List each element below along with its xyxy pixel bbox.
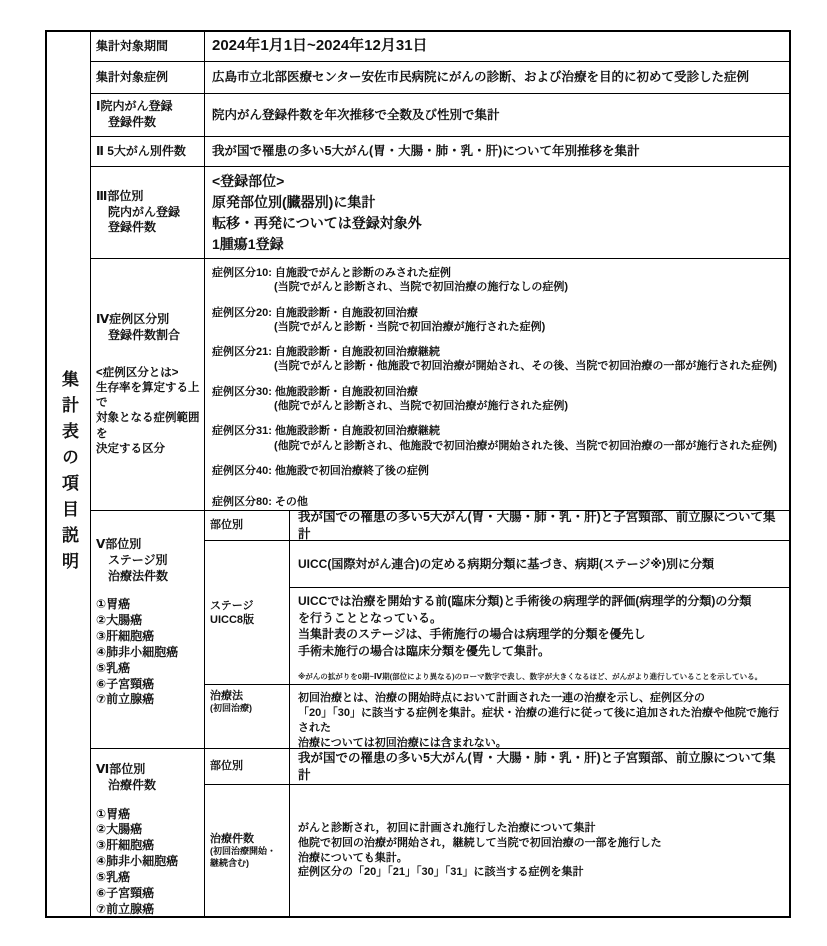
subrow-site: 部位別 我が国での罹患の多い5大がん(胃・大腸・肺・乳・肝)と子宮頸部、前立腺に… — [205, 511, 789, 541]
subrow-stage-label: ステージ UICC8版 — [205, 541, 290, 684]
row-value-site-registry: <登録部位> 原発部位別(臓器別)に集計 転移・再発については登録対象外 1腫瘍… — [205, 167, 789, 258]
case-class-title: 自施設診断・自施設初回治療 — [275, 307, 418, 319]
case-class-detail: (当院でがんと診断・他施設で初回治療が開始され、その後、当院で初回治療の一部が施… — [212, 359, 785, 373]
row-case-classification: Ⅳ症例区分別 登録件数割合 <症例区分とは> 生存率を算定する上で 対象となる症… — [91, 259, 789, 511]
case-class-title: 自施設診断・自施設初回治療継続 — [275, 346, 440, 358]
row-target-cases: 集計対象症例 広島市立北部医療センター安佐市民病院にがんの診断、および治療を目的… — [91, 62, 789, 94]
table-side-title: 集計表の項目説明 — [56, 370, 81, 578]
subrow-site-2-label: 部位別 — [205, 749, 290, 784]
case-class-label: 症例区分80: — [212, 496, 272, 508]
row-value-aggregation-period: 2024年1月1日~2024年12月31日 — [205, 32, 789, 61]
case-class-label: 症例区分30: — [212, 386, 272, 398]
row-header-case-classification: Ⅳ症例区分別 登録件数割合 <症例区分とは> 生存率を算定する上で 対象となる症… — [91, 259, 205, 510]
row-header-aggregation-period: 集計対象期間 — [91, 32, 205, 61]
case-class-item-21: 症例区分21:自施設診断・自施設初回治療継続 (当院でがんと診断・他施設で初回治… — [212, 345, 785, 374]
row-header-five-cancers: Ⅱ 5大がん別件数 — [91, 137, 205, 166]
case-class-item-40: 症例区分40:他施設で初回治療終了後の症例 — [212, 464, 785, 478]
case-class-item-10: 症例区分10:自施設でがんと診断のみされた症例 (当院でがんと診断され、当院で初… — [212, 266, 785, 295]
case-class-label: 症例区分40: — [212, 465, 272, 477]
row-value-registry-count: 院内がん登録件数を年次推移で全数及び性別で集計 — [205, 94, 789, 136]
row-value-target-cases: 広島市立北部医療センター安佐市民病院にがんの診断、および治療を目的に初めて受診し… — [205, 62, 789, 93]
subrow-treatment-cases: 治療件数 (初回治療開始・ 継続含む) がんと診断され，初回に計画され施行した治… — [205, 785, 789, 916]
case-class-label: 症例区分31: — [212, 425, 272, 437]
row-registry-count: Ⅰ院内がん登録 登録件数 院内がん登録件数を年次推移で全数及び性別で集計 — [91, 94, 789, 137]
row-site-registry: Ⅲ部位別 院内がん登録 登録件数 <登録部位> 原発部位別(臓器別)に集計 転移… — [91, 167, 789, 259]
subrow-treatment-method-sublabel: (初回治療) — [210, 703, 287, 715]
case-class-item-30: 症例区分30:他施設診断・自施設初回治療 (他院でがんと診断され、当院で初回治療… — [212, 385, 785, 414]
row-header-treatment-count: Ⅵ部位別 治療件数 ①胃癌 ②大腸癌 ③肝細胞癌 ④肺非小細胞癌 ⑤乳癌 ⑥子宮… — [91, 749, 205, 916]
row-stage-treatment: Ⅴ部位別 ステージ別 治療法件数 ①胃癌 ②大腸癌 ③肝細胞癌 ④肺非小細胞癌 … — [91, 511, 789, 749]
case-classification-header: Ⅳ症例区分別 登録件数割合 — [96, 312, 202, 344]
subrow-treatment-method-label: 治療法 (初回治療) — [205, 685, 290, 748]
case-class-detail: (他院でがんと診断され、当院で初回治療が施行された症例) — [212, 399, 785, 413]
row-treatment-count: Ⅵ部位別 治療件数 ①胃癌 ②大腸癌 ③肝細胞癌 ④肺非小細胞癌 ⑤乳癌 ⑥子宮… — [91, 749, 789, 916]
summary-items-table: 集計表の項目説明 集計対象期間 2024年1月1日~2024年12月31日 集計… — [45, 30, 791, 918]
stage-intro-text: UICC(国際対がん連合)の定める病期分類に基づき、病期(ステージ※)別に分類 — [290, 541, 789, 588]
case-class-title: 自施設でがんと診断のみされた症例 — [275, 267, 451, 279]
case-classification-list: 症例区分10:自施設でがんと診断のみされた症例 (当院でがんと診断され、当院で初… — [205, 259, 789, 510]
row-header-registry-count: Ⅰ院内がん登録 登録件数 — [91, 94, 205, 136]
subrow-site-label: 部位別 — [205, 511, 290, 540]
case-class-label: 症例区分10: — [212, 267, 272, 279]
treatment-subtable: 部位別 我が国での罹患の多い5大がん(胃・大腸・肺・乳・肝)と子宮頸部、前立腺に… — [205, 749, 789, 916]
subrow-treatment-method: 治療法 (初回治療) 初回治療とは、治療の開始時点において計画された一連の治療を… — [205, 685, 789, 748]
case-class-label: 症例区分21: — [212, 346, 272, 358]
case-class-detail: (当院でがんと診断・当院で初回治療が施行された症例) — [212, 320, 785, 334]
subrow-treatment-cases-sublabel: (初回治療開始・ 継続含む) — [210, 846, 287, 869]
case-class-item-80: 症例区分80:その他 — [212, 495, 785, 509]
row-value-five-cancers: 我が国で罹患の多い5大がん(胃・大腸・肺・乳・肝)について年別推移を集計 — [205, 137, 789, 166]
case-class-title: 他施設診断・自施設初回治療継続 — [275, 425, 440, 437]
row-header-site-registry: Ⅲ部位別 院内がん登録 登録件数 — [91, 167, 205, 258]
case-class-item-20: 症例区分20:自施設診断・自施設初回治療 (当院でがんと診断・当院で初回治療が施… — [212, 306, 785, 335]
subrow-treatment-cases-label: 治療件数 (初回治療開始・ 継続含む) — [205, 785, 290, 916]
subrow-treatment-method-value: 初回治療とは、治療の開始時点において計画された一連の治療を示し、症例区分の 「2… — [290, 685, 789, 748]
subrow-stage: ステージ UICC8版 UICC(国際対がん連合)の定める病期分類に基づき、病期… — [205, 541, 789, 685]
subrow-stage-content: UICC(国際対がん連合)の定める病期分類に基づき、病期(ステージ※)別に分類 … — [290, 541, 789, 684]
case-class-label: 症例区分20: — [212, 307, 272, 319]
stage-cancer-list: ①胃癌 ②大腸癌 ③肝細胞癌 ④肺非小細胞癌 ⑤乳癌 ⑥子宮頸癌 ⑦前立腺癌 — [96, 597, 202, 708]
subrow-site-2-value: 我が国での罹患の多い5大がん(胃・大腸・肺・乳・肝)と子宮頸部、前立腺について集… — [290, 749, 789, 784]
case-class-title: 他施設診断・自施設初回治療 — [275, 386, 418, 398]
case-class-detail: (当院でがんと診断され、当院で初回治療の施行なしの症例) — [212, 280, 785, 294]
case-class-item-31: 症例区分31:他施設診断・自施設初回治療継続 (他院でがんと診断され、他施設で初… — [212, 424, 785, 453]
document-page: 集計表の項目説明 集計対象期間 2024年1月1日~2024年12月31日 集計… — [0, 0, 827, 946]
case-classification-header-note: <症例区分とは> 生存率を算定する上で 対象となる症例範囲を 決定する区分 — [96, 366, 202, 457]
subrow-treatment-cases-value: がんと診断され，初回に計画され施行した治療について集計 他院で初回の治療が開始さ… — [290, 785, 789, 916]
row-header-target-cases: 集計対象症例 — [91, 62, 205, 93]
stage-subtable: 部位別 我が国での罹患の多い5大がん(胃・大腸・肺・乳・肝)と子宮頸部、前立腺に… — [205, 511, 789, 748]
row-five-cancers: Ⅱ 5大がん別件数 我が国で罹患の多い5大がん(胃・大腸・肺・乳・肝)について年… — [91, 137, 789, 167]
case-class-title: 他施設で初回治療終了後の症例 — [275, 465, 429, 477]
stage-footnote: ※がんの拡がりを0期~Ⅳ期(部位により異なる)のローマ数字で表し、数字が大きくな… — [298, 671, 786, 682]
subrow-site-2: 部位別 我が国での罹患の多い5大がん(胃・大腸・肺・乳・肝)と子宮頸部、前立腺に… — [205, 749, 789, 785]
case-class-detail: (他院でがんと診断され、他施設で初回治療が開始された後、当院で初回治療の一部が施… — [212, 439, 785, 453]
row-header-stage-treatment: Ⅴ部位別 ステージ別 治療法件数 ①胃癌 ②大腸癌 ③肝細胞癌 ④肺非小細胞癌 … — [91, 511, 205, 748]
stage-treatment-header: Ⅴ部位別 ステージ別 治療法件数 — [96, 537, 202, 584]
treatment-count-header: Ⅵ部位別 治療件数 — [96, 762, 202, 794]
treatment-cancer-list: ①胃癌 ②大腸癌 ③肝細胞癌 ④肺非小細胞癌 ⑤乳癌 ⑥子宮頸癌 ⑦前立腺癌 — [96, 807, 202, 916]
case-class-title: その他 — [275, 496, 308, 508]
subrow-site-value: 我が国での罹患の多い5大がん(胃・大腸・肺・乳・肝)と子宮頸部、前立腺について集… — [290, 511, 789, 540]
row-aggregation-period: 集計対象期間 2024年1月1日~2024年12月31日 — [91, 32, 789, 62]
table-side-title-cell: 集計表の項目説明 — [47, 32, 91, 916]
table-body: 集計対象期間 2024年1月1日~2024年12月31日 集計対象症例 広島市立… — [91, 32, 789, 916]
stage-body-text: UICCでは治療を開始する前(臨床分類)と手術後の病理学的評価(病理学的分類)の… — [298, 593, 786, 660]
